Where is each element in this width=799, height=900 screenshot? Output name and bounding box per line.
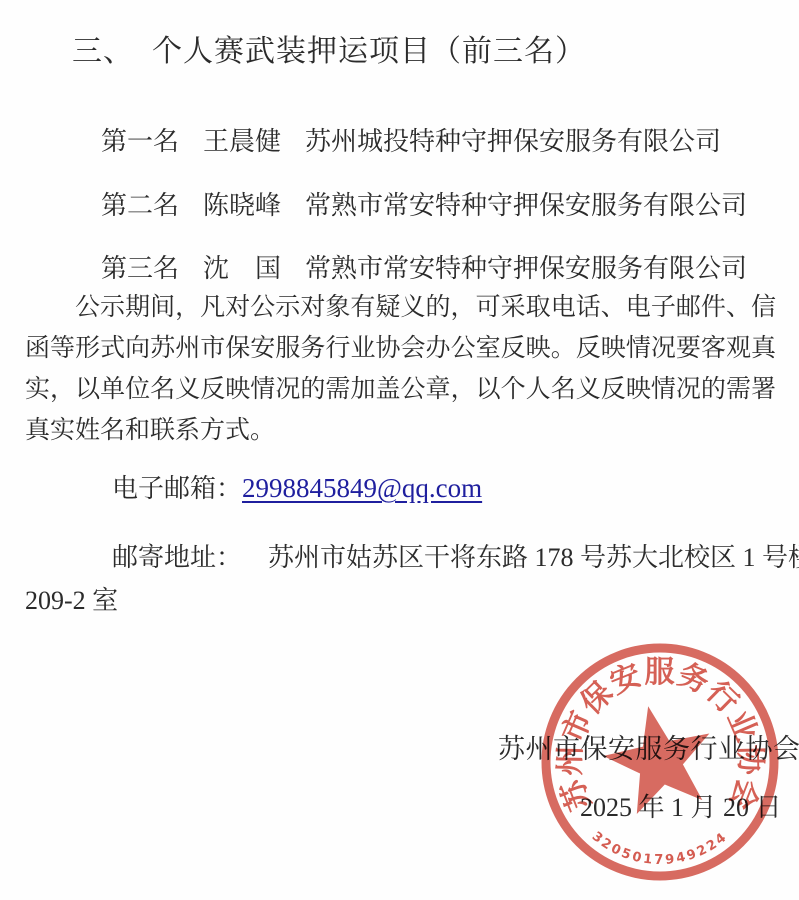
winner-company: 苏州城投特种守押保安服务有限公司 bbox=[305, 127, 721, 156]
winner-company: 常熟市常安特种守押保安服务有限公司 bbox=[305, 254, 747, 283]
winner-name: 沈 国 bbox=[203, 248, 283, 285]
winner-company: 常熟市常安特种守押保安服务有限公司 bbox=[305, 191, 747, 220]
signing-organization: 苏州市保安服务行业协会 bbox=[498, 727, 799, 766]
section-title: 个人赛武装押运项目（前三名） bbox=[152, 35, 586, 68]
winner-name: 王晨健 bbox=[203, 121, 283, 158]
rank-label: 第一名 bbox=[101, 127, 179, 156]
rank-label: 第二名 bbox=[101, 191, 179, 220]
email-link[interactable]: 2998845849@qq.com bbox=[242, 473, 482, 503]
seal-number-container: 3205017949224 bbox=[589, 829, 731, 868]
address-row: 邮寄地址：苏州市姑苏区干将东路 178 号苏大北校区 1 号楼 bbox=[112, 537, 799, 574]
signing-date: 2025 年 1 月 20 日 bbox=[580, 787, 782, 824]
address-line2: 209-2 室 bbox=[25, 580, 118, 617]
address-label: 邮寄地址： bbox=[112, 543, 242, 572]
section-number: 三、 bbox=[72, 35, 134, 68]
address-line1: 苏州市姑苏区干将东路 178 号苏大北校区 1 号楼 bbox=[268, 543, 799, 572]
seal-number-text: 3205017949224 bbox=[589, 829, 731, 868]
winner-name: 陈晓峰 bbox=[203, 185, 283, 222]
notice-paragraph: 公示期间，凡对公示对象有疑义的，可采取电话、电子邮件、信函等形式向苏州市保安服务… bbox=[25, 287, 776, 451]
section-heading: 三、个人赛武装押运项目（前三名） bbox=[72, 26, 586, 70]
email-row: 电子邮箱：2998845849@qq.com bbox=[112, 468, 482, 505]
rank-label: 第三名 bbox=[101, 254, 179, 283]
document-page: 三、个人赛武装押运项目（前三名） 第一名王晨健苏州城投特种守押保安服务有限公司 … bbox=[0, 0, 799, 900]
email-label: 电子邮箱： bbox=[112, 474, 242, 503]
